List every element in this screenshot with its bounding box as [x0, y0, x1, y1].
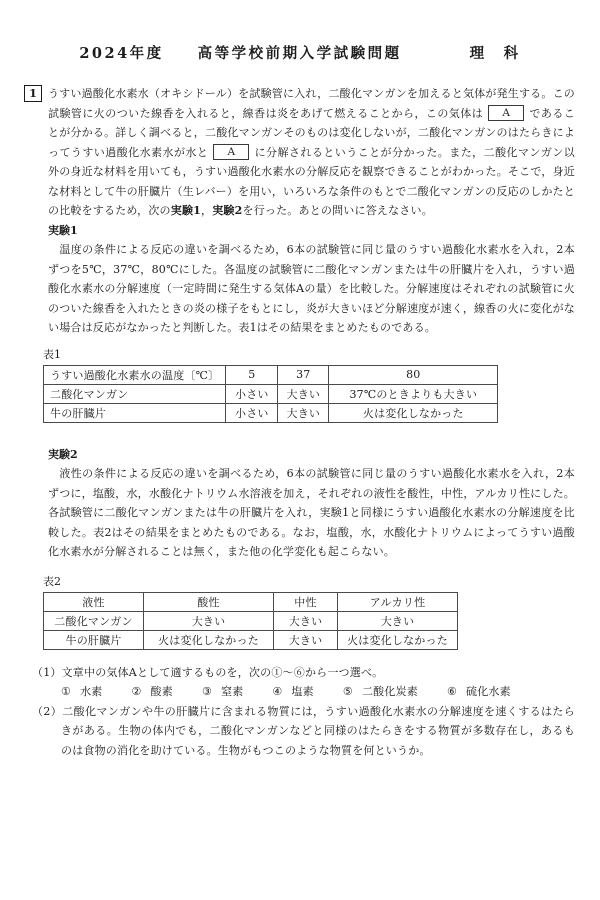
choice-2-number: ②	[131, 685, 141, 698]
table1-header-cell: 80	[329, 365, 498, 384]
choice-4-label: 塩素	[291, 685, 313, 698]
choice-2-label: 酸素	[151, 685, 173, 698]
question-1-label: （1）	[32, 666, 62, 679]
table1-cell: 牛の肝臓片	[44, 403, 226, 422]
choice-5: ⑤二酸化炭素	[343, 682, 418, 702]
question-2-label: （2）	[32, 705, 62, 718]
table1-cell: 火は変化しなかった	[329, 403, 498, 422]
table1-cell: 37℃のときよりも大きい	[329, 384, 498, 403]
gas-a-blank-box: A	[213, 144, 249, 160]
gas-a-blank-box: A	[488, 105, 524, 121]
experiment1-mention: 実験1	[171, 204, 201, 217]
experiment1-body: 温度の条件による反応の違いを調べるため，6本の試験管に同じ量のうすい過酸化水素水…	[48, 240, 575, 338]
experiment2-body: 液性の条件による反応の違いを調べるため，6本の試験管に同じ量のうすい過酸化水素水…	[48, 464, 575, 562]
table2-header-cell: 酸性	[144, 592, 274, 611]
table2-cell: 二酸化マンガン	[44, 611, 144, 630]
table1-cell: 大きい	[278, 384, 329, 403]
page-title: 2024年度 高等学校前期入学試験問題 理 科	[25, 44, 575, 63]
table2-header-row: 液性 酸性 中性 アルカリ性	[44, 592, 458, 611]
choice-6-number: ⑥	[447, 685, 457, 698]
table2-cell: 牛の肝臓片	[44, 630, 144, 649]
table1-caption: 表1	[43, 347, 575, 362]
table1-row-mno2: 二酸化マンガン 小さい 大きい 37℃のときよりも大きい	[44, 384, 498, 403]
table2-header-cell: 液性	[44, 592, 144, 611]
table1-header-cell: 5	[226, 365, 278, 384]
table2-caption: 表2	[43, 574, 575, 589]
table1-header-row: うすい過酸化水素水の温度〔℃〕 5 37 80	[44, 365, 498, 384]
question-2: （2）二酸化マンガンや牛の肝臓片に含まれる物質には，うすい過酸化水素水の分解速度…	[32, 702, 575, 761]
table1-row-liver: 牛の肝臓片 小さい 大きい 火は変化しなかった	[44, 403, 498, 422]
table1-cell: 小さい	[226, 384, 278, 403]
table2-cell: 大きい	[274, 630, 338, 649]
table1-cell: 二酸化マンガン	[44, 384, 226, 403]
table2-header-cell: アルカリ性	[338, 592, 458, 611]
choice-3-number: ③	[202, 685, 212, 698]
experiment2-mention: 実験2	[212, 204, 242, 217]
table1-header-cell: うすい過酸化水素水の温度〔℃〕	[44, 365, 226, 384]
table1-cell: 小さい	[226, 403, 278, 422]
table1-cell: 大きい	[278, 403, 329, 422]
table2-row-mno2: 二酸化マンガン 大きい 大きい 大きい	[44, 611, 458, 630]
choice-1: ①水素	[61, 682, 102, 702]
table1: うすい過酸化水素水の温度〔℃〕 5 37 80 二酸化マンガン 小さい 大きい …	[43, 365, 498, 423]
choice-6: ⑥硫化水素	[447, 682, 511, 702]
problem-intro: うすい過酸化水素水（オキシドール）を試験管に入れ，二酸化マンガンを加えると気体が…	[48, 84, 575, 221]
problem-1-block: 1 うすい過酸化水素水（オキシドール）を試験管に入れ，二酸化マンガンを加えると気…	[25, 84, 575, 221]
experiment1-heading: 実験1	[48, 221, 575, 241]
table2-cell: 火は変化しなかった	[144, 630, 274, 649]
question-1-text: 文章中の気体Aとして適するものを，次の①～⑥から一つ選べ。	[62, 666, 384, 679]
table2-row-liver: 牛の肝臓片 火は変化しなかった 大きい 火は変化しなかった	[44, 630, 458, 649]
experiment2-heading: 実験2	[48, 445, 575, 465]
problem-number-box: 1	[24, 85, 42, 102]
choice-1-label: 水素	[80, 685, 102, 698]
table2-cell: 大きい	[274, 611, 338, 630]
choice-4: ④塩素	[272, 682, 313, 702]
choice-6-label: 硫化水素	[466, 685, 511, 698]
choice-3: ③窒素	[202, 682, 243, 702]
table1-header-cell: 37	[278, 365, 329, 384]
choice-2: ②酸素	[131, 682, 172, 702]
question-2-text: 二酸化マンガンや牛の肝臓片に含まれる物質には，うすい過酸化水素水の分解速度を速く…	[61, 705, 575, 757]
intro-segment: ，	[201, 204, 212, 217]
choice-1-number: ①	[61, 685, 71, 698]
question-1: （1）文章中の気体Aとして適するものを，次の①～⑥から一つ選べ。	[32, 663, 575, 683]
intro-segment: を行った。あとの問いに答えなさい。	[243, 204, 433, 217]
choice-5-number: ⑤	[343, 685, 353, 698]
table2-header-cell: 中性	[274, 592, 338, 611]
table2-cell: 大きい	[338, 611, 458, 630]
table2-cell: 火は変化しなかった	[338, 630, 458, 649]
table2: 液性 酸性 中性 アルカリ性 二酸化マンガン 大きい 大きい 大きい 牛の肝臓片…	[43, 592, 458, 650]
choice-5-label: 二酸化炭素	[362, 685, 418, 698]
exam-page: 2024年度 高等学校前期入学試験問題 理 科 1 うすい過酸化水素水（オキシド…	[0, 0, 600, 900]
choice-3-label: 窒素	[221, 685, 243, 698]
table2-cell: 大きい	[144, 611, 274, 630]
choice-4-number: ④	[272, 685, 282, 698]
question-1-choices: ①水素 ②酸素 ③窒素 ④塩素 ⑤二酸化炭素 ⑥硫化水素	[61, 682, 575, 702]
